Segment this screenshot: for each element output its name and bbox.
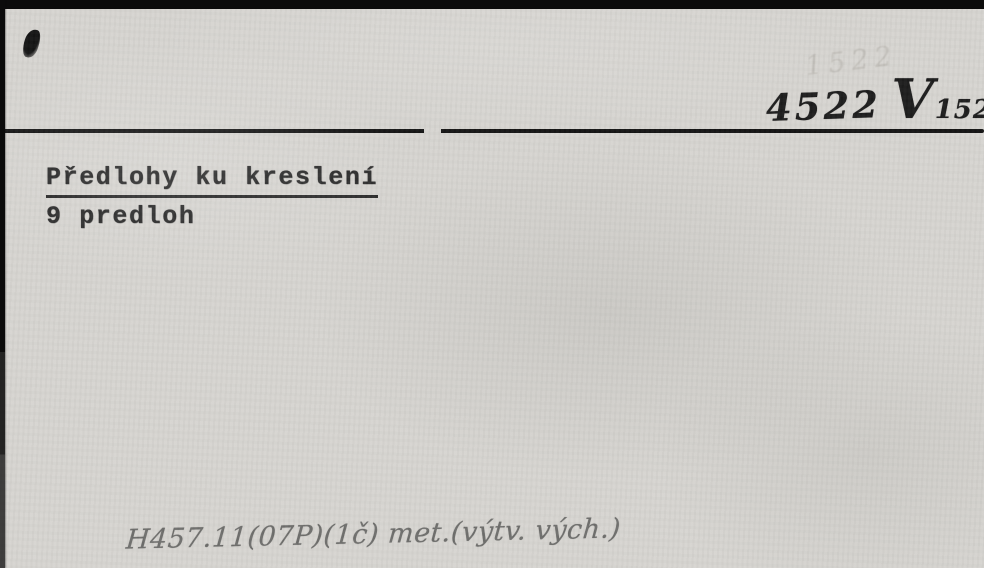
call-number-group: 4522 V152 xyxy=(766,78,984,127)
catalog-card: 1522 4522 V152 Předlohy ku kreslení 9 pr… xyxy=(0,0,984,568)
ink-blot xyxy=(20,27,43,59)
title-block: Předlohy ku kreslení 9 predloh xyxy=(46,163,378,231)
card-extent: 9 predloh xyxy=(46,202,378,231)
shelf-mark: V152 xyxy=(891,78,984,127)
accession-number: 4522 xyxy=(766,86,882,129)
card-title: Předlohy ku kreslení xyxy=(46,163,378,198)
header-rule xyxy=(0,129,984,133)
classification-note: H457.11(07P)(1č) met.(výtv. vých.) xyxy=(125,513,622,555)
faint-pencil-number: 1522 xyxy=(804,40,900,82)
scan-edge-left xyxy=(0,0,5,568)
scan-edge-top xyxy=(0,0,984,9)
